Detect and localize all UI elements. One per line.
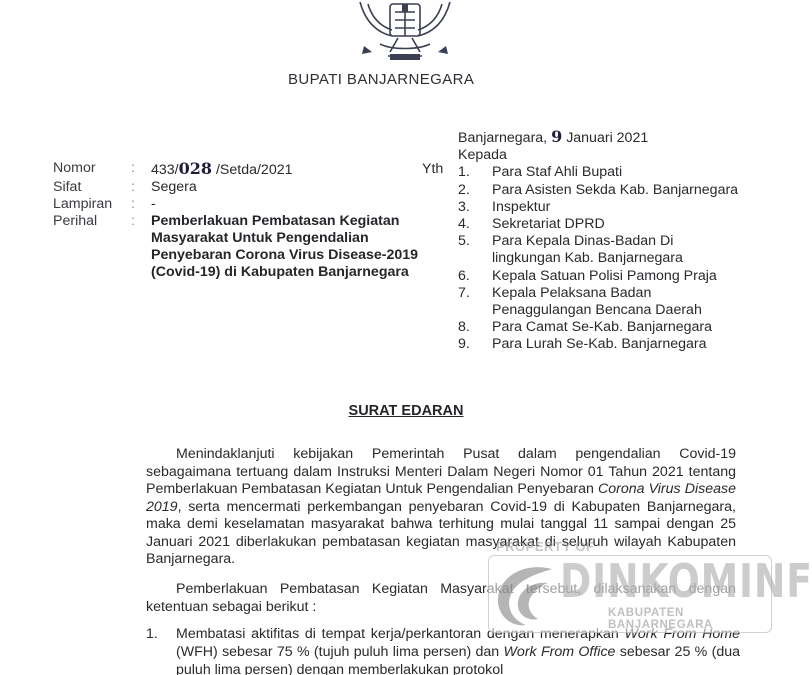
recipient-num: 1. [458,164,492,181]
recipient-num: 3. [458,199,492,216]
letter-page: BUPATI BANJARNEGARA Nomor : 433/028 /Set… [0,0,812,675]
meta-value-sifat: Segera [151,179,197,196]
meta-row-lampiran: Lampiran : - [53,196,431,213]
recipient-num: 4. [458,216,492,233]
kominfo-swirl-logo-icon [492,561,562,631]
to-label: Kepada [458,147,792,164]
recipient-num: 8. [458,319,492,336]
yth-label: Yth [422,161,443,177]
recipient-text: Para Kepala Dinas-Badan Di lingkungan Ka… [492,233,732,267]
meta-colon: : [131,160,151,179]
recipient-list: 1.Para Staf Ahli Bupati 2.Para Asisten S… [458,164,792,353]
recipient-item: 2.Para Asisten Sekda Kab. Banjarnegara [458,182,792,199]
document-title: SURAT EDARAN [0,403,812,419]
nomor-suffix: /Setda/2021 [212,162,292,178]
recipient-item: 9.Para Lurah Se-Kab. Banjarnegara [458,336,792,353]
meta-value-perihal: Pemberlakuan Pembatasan Kegiatan Masyara… [151,213,431,281]
recipient-num: 5. [458,233,492,267]
recipient-item: 1.Para Staf Ahli Bupati [458,164,792,181]
body-paragraph-1: Menindaklanjuti kebijakan Pemerintah Pus… [146,446,736,569]
recipient-text: Para Asisten Sekda Kab. Banjarnegara [492,182,792,199]
recipient-item: 5.Para Kepala Dinas-Badan Di lingkungan … [458,233,792,267]
provision-text-part: (WFH) sebesar 75 % (tujuh puluh lima per… [176,644,504,660]
recipient-text: Para Lurah Se-Kab. Banjarnegara [492,336,792,353]
garuda-emblem-icon [340,0,470,62]
provision-num: 1. [146,625,176,675]
recipient-item: 3.Inspektur [458,199,792,216]
meta-colon: : [131,213,151,281]
meta-label: Sifat [53,179,131,196]
recipient-text: Para Camat Se-Kab. Banjarnegara [492,319,792,336]
org-title: BUPATI BANJARNEGARA [288,71,528,88]
meta-value-nomor: 433/028 /Setda/2021 [151,160,293,179]
watermark: PROPERTY OF DINKOMINFO KABUPATEN BANJARN… [488,555,770,631]
letter-meta: Nomor : 433/028 /Setda/2021 Sifat : Sege… [53,160,431,281]
recipient-item: 4.Sekretariat DPRD [458,216,792,233]
recipient-item: 8.Para Camat Se-Kab. Banjarnegara [458,319,792,336]
recipient-num: 6. [458,268,492,285]
recipient-text: Kepala Satuan Polisi Pamong Praja [492,268,792,285]
place: Banjarnegara, [458,130,547,146]
watermark-subtitle: KABUPATEN BANJARNEGARA [608,607,770,631]
watermark-brand: DINKOMINFO [560,557,812,605]
address-block: Banjarnegara, 9 Januari 2021 Kepada 1.Pa… [458,128,792,354]
recipient-num: 2. [458,182,492,199]
recipient-text: Para Staf Ahli Bupati [492,164,792,181]
date-day-handwritten: 9 [551,127,562,146]
meta-colon: : [131,179,151,196]
meta-row-nomor: Nomor : 433/028 /Setda/2021 [53,160,431,179]
meta-label: Lampiran [53,196,131,213]
nomor-handwritten: 028 [179,159,212,178]
recipient-text: Kepala Pelaksana Badan Penaggulangan Ben… [492,285,732,319]
recipient-num: 7. [458,285,492,319]
place-date: Banjarnegara, 9 Januari 2021 [458,128,792,147]
provision-italic-part: Work From Office [504,644,616,660]
meta-row-sifat: Sifat : Segera [53,179,431,196]
meta-value-lampiran: - [151,196,156,213]
meta-label: Perihal [53,213,131,281]
nomor-prefix: 433/ [151,162,179,178]
recipient-num: 9. [458,336,492,353]
recipient-item: 7.Kepala Pelaksana Badan Penaggulangan B… [458,285,792,319]
meta-label: Nomor [53,160,131,179]
meta-colon: : [131,196,151,213]
recipient-text: Inspektur [492,199,792,216]
watermark-property-label: PROPERTY OF [496,539,594,554]
date-month-year: Januari 2021 [566,130,648,146]
recipient-text: Sekretariat DPRD [492,216,792,233]
meta-row-perihal: Perihal : Pemberlakuan Pembatasan Kegiat… [53,213,431,281]
recipient-item: 6.Kepala Satuan Polisi Pamong Praja [458,268,792,285]
